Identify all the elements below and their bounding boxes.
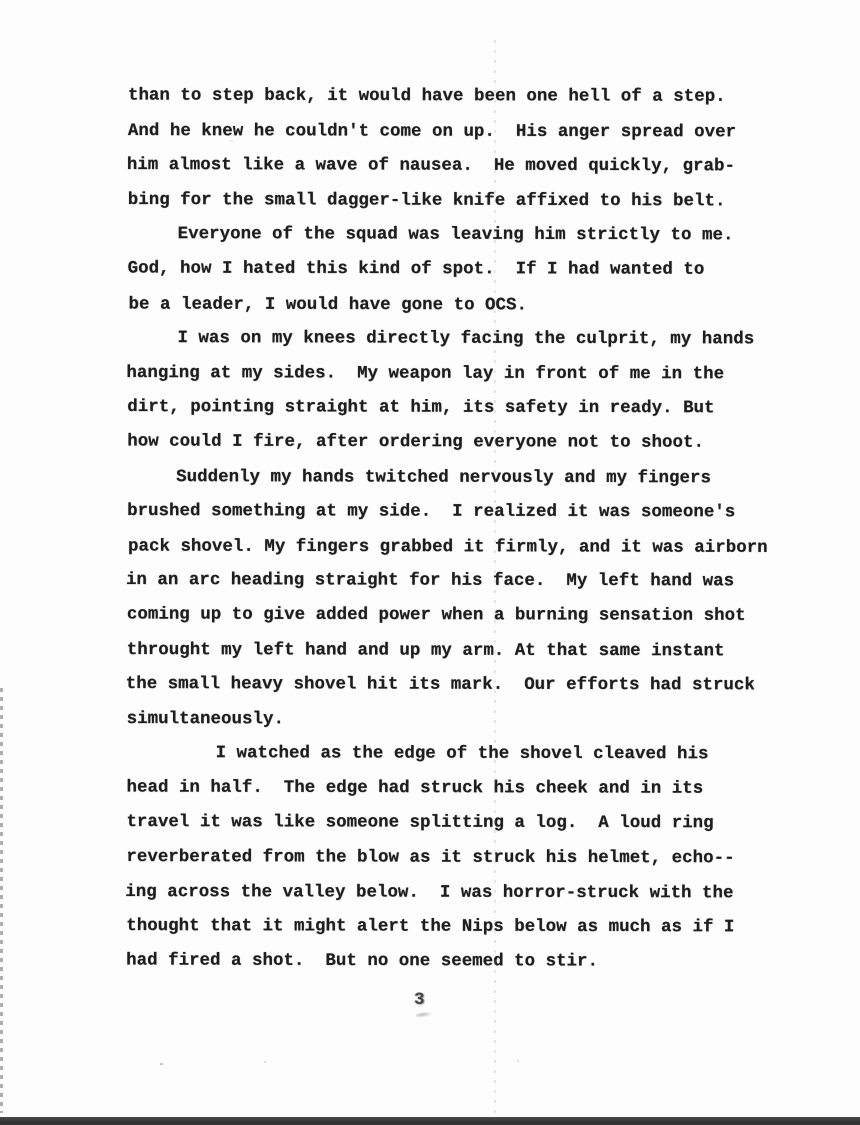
scan-speck xyxy=(160,1063,163,1065)
text-line: Everyone of the squad was leaving him st… xyxy=(128,218,808,254)
text-line: head in half. The edge had struck his ch… xyxy=(126,771,806,807)
scan-speck xyxy=(517,1060,519,1062)
ink-smudge xyxy=(416,1011,433,1018)
scan-bottom-bar xyxy=(0,1117,860,1125)
text-line: dirt, pointing straight at him, its safe… xyxy=(127,391,807,427)
scan-speck xyxy=(264,1061,266,1063)
text-line: how could I fire, after ordering everyon… xyxy=(127,425,807,461)
text-line: And he knew he couldn't come on up. His … xyxy=(128,115,808,151)
text-line: thought that it might alert the Nips bel… xyxy=(126,910,806,946)
page-number: 3 xyxy=(414,990,425,1010)
text-line: reverberated from the blow as it struck … xyxy=(126,841,806,877)
text-line: brushed something at my side. I realized… xyxy=(127,495,807,531)
fold-line-artifact xyxy=(494,40,496,1115)
text-line: ing across the valley below. I was horro… xyxy=(125,876,805,912)
scan-speck xyxy=(230,140,233,142)
text-line: than to step back, it would have been on… xyxy=(128,80,808,116)
text-line: God, how I hated this kind of spot. If I… xyxy=(128,252,808,288)
text-line: bing for the small dagger-like knife aff… xyxy=(128,184,808,220)
text-line: in an arc heading straight for his face.… xyxy=(126,564,806,600)
text-block: than to step back, it would have been on… xyxy=(126,80,808,981)
scan-edge-artifact xyxy=(0,688,3,1113)
text-line: simultaneously. xyxy=(127,703,807,739)
text-line: I was on my knees directly facing the cu… xyxy=(127,322,807,358)
text-line: coming up to give added power when a bur… xyxy=(127,598,807,634)
text-line: I watched as the edge of the shovel clea… xyxy=(127,737,807,773)
text-line: Suddenly my hands twitched nervously and… xyxy=(126,461,806,497)
text-line: travel it was like someone splitting a l… xyxy=(126,806,806,842)
text-line: him almost like a wave of nausea. He mov… xyxy=(127,149,807,185)
text-line: had fired a shot. But no one seemed to s… xyxy=(126,944,806,980)
document-page: than to step back, it would have been on… xyxy=(0,0,860,1125)
text-line: be a leader, I would have gone to OCS. xyxy=(128,288,808,324)
text-line: pack shovel. My fingers grabbed it firml… xyxy=(128,530,808,566)
text-line: the small heavy shovel hit its mark. Our… xyxy=(126,668,806,704)
text-line: throught my left hand and up my arm. At … xyxy=(127,633,807,669)
text-line: hanging at my sides. My weapon lay in fr… xyxy=(126,357,806,393)
